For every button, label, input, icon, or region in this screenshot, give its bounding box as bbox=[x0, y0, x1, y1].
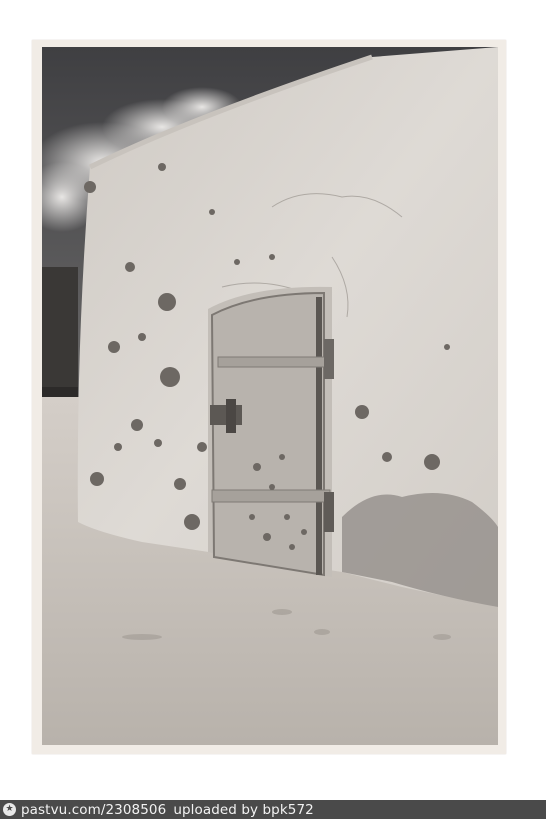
historical-photo bbox=[42, 47, 498, 745]
steel-door bbox=[212, 293, 324, 575]
pastvu-star-icon: ★ bbox=[3, 803, 16, 816]
watermark-bar: ★ pastvu.com/2308506uploaded by bpk572 bbox=[0, 800, 546, 819]
watermark-text: pastvu.com/2308506uploaded by bpk572 bbox=[21, 802, 314, 818]
watermark-site-link[interactable]: pastvu.com/2308506 bbox=[21, 802, 166, 818]
watermark-credit: uploaded by bpk572 bbox=[173, 802, 314, 818]
photo-scene bbox=[42, 47, 498, 745]
background-fence bbox=[42, 267, 78, 397]
